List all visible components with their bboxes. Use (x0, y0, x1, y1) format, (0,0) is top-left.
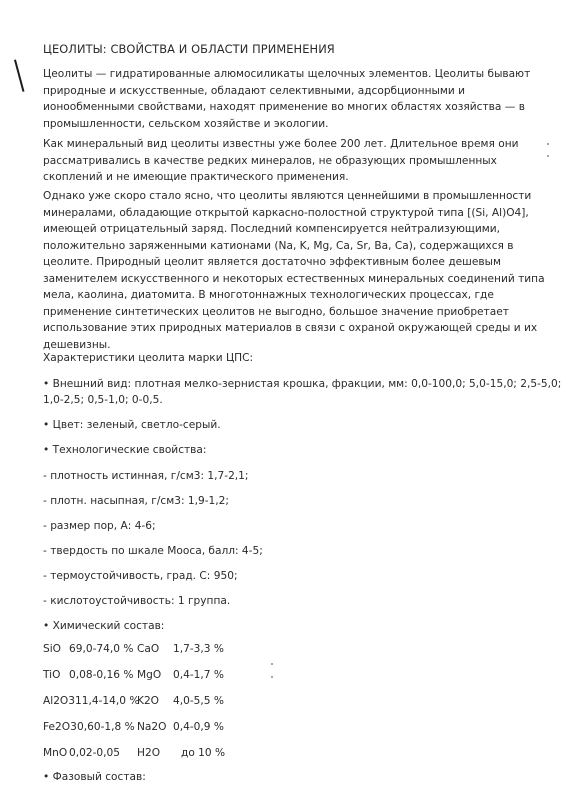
color-item: • Цвет: зеленый, светло-серый. (43, 417, 221, 433)
formula: Fe2O3 (43, 721, 77, 733)
percentage: 0,60-1,8 % (77, 721, 135, 733)
paragraph-history: Как минеральный вид цеолиты известны уже… (43, 136, 563, 186)
text-line: рассматривались в качестве редких минера… (43, 153, 563, 170)
formula: Na2O (137, 721, 167, 733)
formula: K2O (137, 695, 159, 707)
phase-composition-heading: • Фазовый состав: (43, 769, 146, 785)
text-line: Цеолиты — гидратированные алюмосиликаты … (43, 66, 563, 83)
text-line: положительно заряженными катионами (Na, … (43, 238, 563, 255)
percentage: 1,7-3,3 % (173, 643, 224, 655)
percentage: 11,4-14,0 % (75, 695, 139, 707)
formula: MnO (43, 747, 67, 759)
paragraph-properties: Однако уже скоро стало ясно, что цеолиты… (43, 188, 563, 353)
characteristics-heading: Характеристики цеолита марки ЦПС: (43, 350, 253, 366)
chemical-composition-heading: • Химический состав: (43, 618, 164, 634)
text-line: мела, каолина, диатомита. В многотоннажн… (43, 287, 563, 304)
percentage: 0,4-0,9 % (173, 721, 224, 733)
tech-property-item: - термоустойчивость, град. С: 950; (43, 568, 238, 584)
formula: TiO (43, 669, 60, 681)
percentage: до 10 % (181, 747, 225, 759)
text-line: скоплений и не имеющие практического при… (43, 169, 563, 186)
text-line: заменителем искусственного и некоторых е… (43, 271, 563, 288)
tech-property-item: - твердость по шкале Мооса, балл: 4-5; (43, 543, 263, 559)
formula: CaO (137, 643, 159, 655)
tech-property-item: - плотн. насыпная, г/см3: 1,9-1,2; (43, 493, 229, 509)
text-line: 1,0-2,5; 0,5-1,0; 0-0,5. (43, 392, 561, 408)
chemical-row: SiO 69,0-74,0 % CaO 1,7-3,3 % (43, 643, 343, 659)
chemical-row: MnO 0,02-0,05 H2O до 10 % (43, 747, 343, 763)
appearance-item: • Внешний вид: плотная мелко-зернистая к… (43, 376, 561, 408)
chemical-row: TiO 0,08-0,16 % MgO 0,4-1,7 % (43, 669, 343, 685)
text-line: ионообменными свойствами, находят примен… (43, 99, 563, 116)
percentage: 0,08-0,16 % (69, 669, 133, 681)
text-line: минералами, обладающие открытой каркасно… (43, 205, 563, 222)
text-line: имеющей отрицательный заряд. Последний к… (43, 221, 563, 238)
text-line: промышленности, сельском хозяйстве и эко… (43, 116, 563, 133)
tech-property-item: - плотность истинная, г/см3: 1,7-2,1; (43, 468, 249, 484)
tech-properties-heading: • Технологические свойства: (43, 442, 207, 458)
chemical-row: Fe2O3 0,60-1,8 % Na2O 0,4-0,9 % (43, 721, 343, 737)
percentage: 4,0-5,5 % (173, 695, 224, 707)
chemical-row: Al2O3 11,4-14,0 % K2O 4,0-5,5 % (43, 695, 343, 711)
text-line: применение синтетических цеолитов не выг… (43, 304, 563, 321)
tech-property-item: - размер пор, А: 4-6; (43, 518, 156, 534)
text-line: Как минеральный вид цеолиты известны уже… (43, 136, 563, 153)
document-title: ЦЕОЛИТЫ: СВОЙСТВА И ОБЛАСТИ ПРИМЕНЕНИЯ (43, 42, 335, 56)
scan-artifact-stroke (14, 59, 24, 91)
percentage: 0,02-0,05 (69, 747, 120, 759)
text-line: природные и искусственные, обладают селе… (43, 83, 563, 100)
scan-speck (271, 663, 273, 665)
formula: SiO (43, 643, 61, 655)
percentage: 0,4-1,7 % (173, 669, 224, 681)
text-line: цеолите. Природный цеолит является доста… (43, 254, 563, 271)
text-line: • Внешний вид: плотная мелко-зернистая к… (43, 376, 561, 392)
text-line: использование этих природных материалов … (43, 320, 563, 337)
formula: H2O (137, 747, 160, 759)
percentage: 69,0-74,0 % (69, 643, 133, 655)
tech-property-item: - кислотоустойчивость: 1 группа. (43, 593, 230, 609)
paragraph-intro: Цеолиты — гидратированные алюмосиликаты … (43, 66, 563, 132)
text-line: Однако уже скоро стало ясно, что цеолиты… (43, 188, 563, 205)
formula: MgO (137, 669, 161, 681)
formula: Al2O3 (43, 695, 75, 707)
